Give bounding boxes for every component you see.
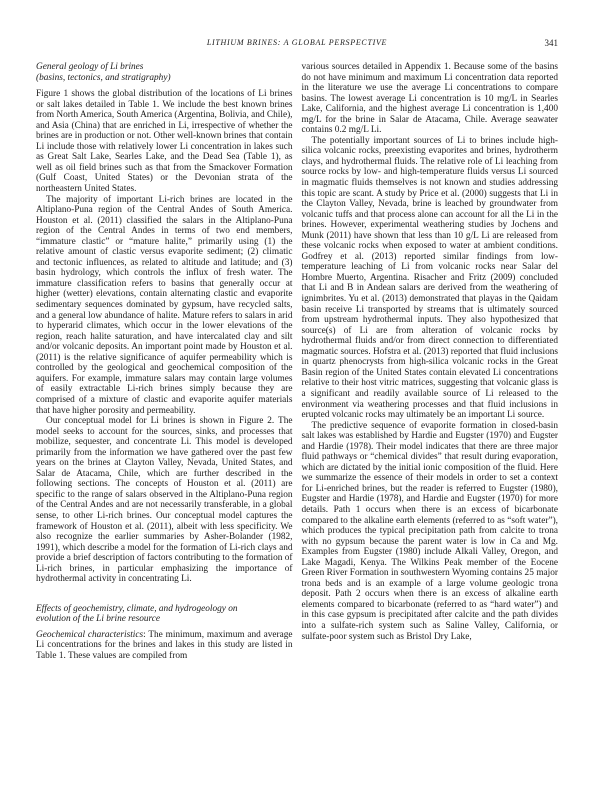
paragraph-geochemical-characteristics: Geochemical characteristics: The minimum… (36, 630, 293, 662)
paragraph: Our conceptual model for Li brines is sh… (36, 416, 293, 585)
section-heading-line: evolution of the Li brine resource (36, 614, 293, 625)
paragraph: The majority of important Li-rich brines… (36, 195, 293, 416)
paper-page: LITHIUM BRINES: A GLOBAL PERSPECTIVE 341… (0, 0, 594, 792)
section-heading-effects: Effects of geochemistry, climate, and hy… (36, 604, 293, 625)
section-heading-general-geology: General geology of Li brines (basins, te… (36, 62, 293, 83)
running-title: LITHIUM BRINES: A GLOBAL PERSPECTIVE (36, 38, 558, 47)
page-number: 341 (545, 38, 559, 48)
right-column: various sources detailed in Appendix 1. … (302, 62, 559, 662)
paragraph-lead-in: Geochemical characteristics (36, 630, 143, 640)
paragraph: The potentially important sources of Li … (302, 136, 559, 421)
section-heading-line: Effects of geochemistry, climate, and hy… (36, 604, 293, 615)
section-heading-line: (basins, tectonics, and stratigraphy) (36, 73, 293, 84)
text-columns: General geology of Li brines (basins, te… (36, 62, 558, 662)
paragraph: Figure 1 shows the global distribution o… (36, 89, 293, 194)
running-head: LITHIUM BRINES: A GLOBAL PERSPECTIVE 341 (36, 38, 558, 52)
paragraph: various sources detailed in Appendix 1. … (302, 62, 559, 136)
section-heading-line: General geology of Li brines (36, 62, 293, 73)
left-column: General geology of Li brines (basins, te… (36, 62, 293, 662)
paragraph: The predictive sequence of evaporite for… (302, 421, 559, 642)
